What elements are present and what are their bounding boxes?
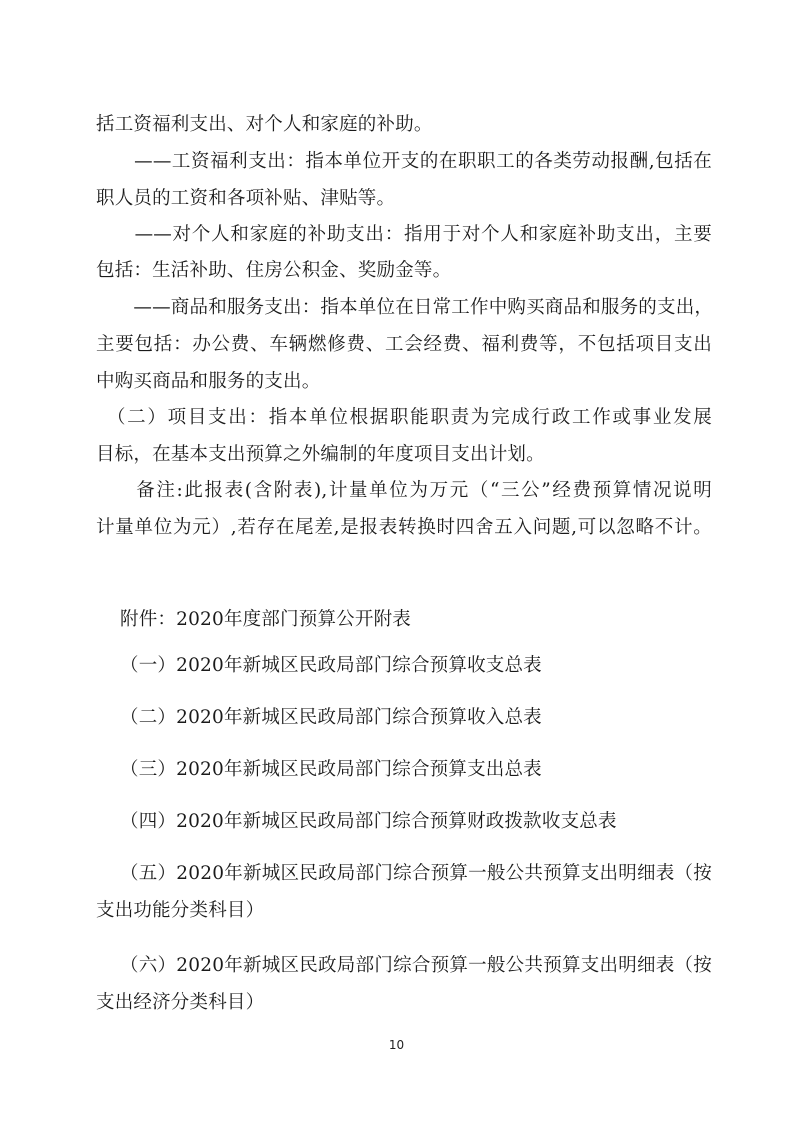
body-text-line: 计量单位为元）,若存在尾差,是报表转换时四舍五入问题,可以忽略不计。 [96, 516, 712, 540]
body-text-line: （二）项目支出：指本单位根据职能职责为完成行政工作或事业发展 [96, 406, 712, 430]
attachment-item: （一）2020年新城区民政局部门综合预算收支总表 [120, 654, 736, 678]
body-text-line: 包括：生活补助、住房公积金、奖励金等。 [96, 259, 712, 283]
attachment-title: 附件：2020年度部门预算公开附表 [120, 608, 736, 632]
body-text-line: ——商品和服务支出：指本单位在日常工作中购买商品和服务的支出， [96, 296, 712, 320]
body-text-line: ——工资福利支出：指本单位开支的在职职工的各类劳动报酬,包括在 [96, 150, 712, 174]
body-text-line: 括工资福利支出、对个人和家庭的补助。 [96, 113, 712, 137]
body-text-line: 主要包括：办公费、车辆燃修费、工会经费、福利费等，不包括项目支出 [96, 333, 712, 357]
page-number: 10 [0, 1038, 793, 1052]
body-text-line: ——对个人和家庭的补助支出：指用于对个人和家庭补助支出，主要 [96, 223, 712, 247]
attachment-item: （四）2020年新城区民政局部门综合预算财政拨款收支总表 [120, 810, 736, 834]
body-text-line: 职人员的工资和各项补贴、津贴等。 [96, 187, 712, 211]
body-text-line: 中购买商品和服务的支出。 [96, 370, 712, 394]
body-text-line: 目标，在基本支出预算之外编制的年度项目支出计划。 [96, 443, 712, 467]
attachment-item: （六）2020年新城区民政局部门综合预算一般公共预算支出明细表（按 [120, 954, 712, 978]
attachment-item-continued: 支出功能分类科目） [96, 899, 712, 923]
attachment-item-continued: 支出经济分类科目） [96, 991, 712, 1015]
attachment-item: （三）2020年新城区民政局部门综合预算支出总表 [120, 758, 736, 782]
attachment-item: （二）2020年新城区民政局部门综合预算收入总表 [120, 706, 736, 730]
body-text-line: 备注:此报表(含附表),计量单位为万元（“三公”经费预算情况说明 [96, 479, 712, 503]
attachment-item: （五）2020年新城区民政局部门综合预算一般公共预算支出明细表（按 [120, 862, 712, 886]
